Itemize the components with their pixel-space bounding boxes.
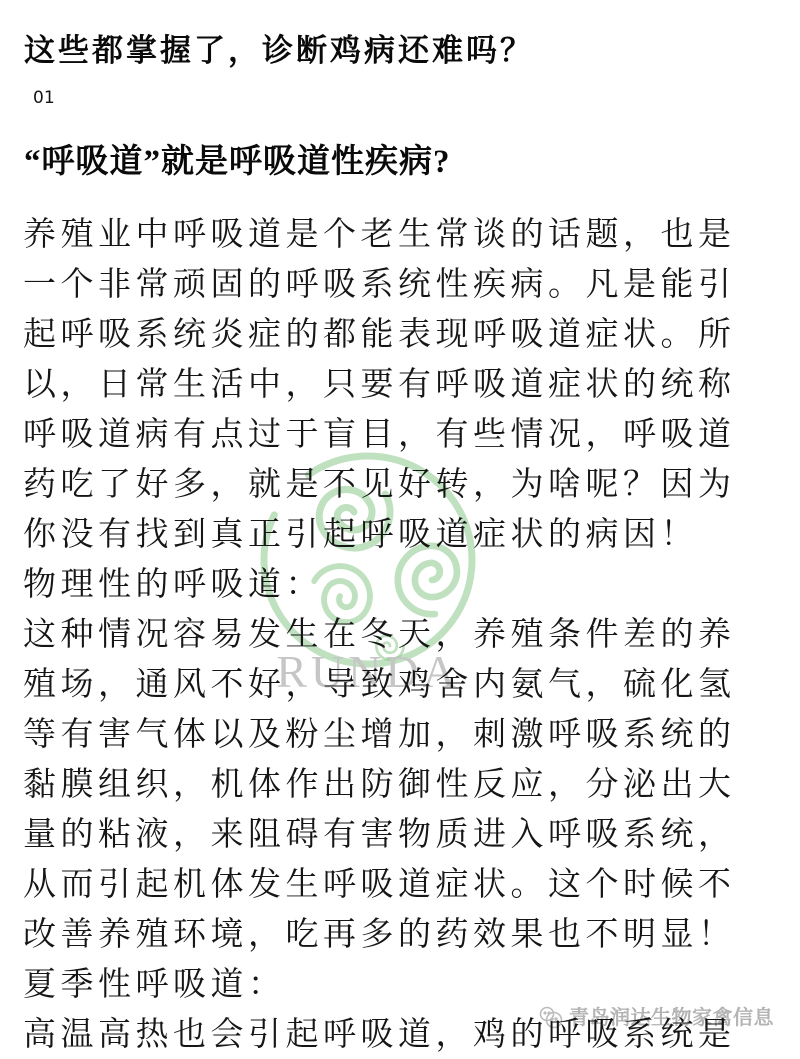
body-line: 药吃了好多，就是不见好转，为啥呢？因为 <box>23 460 779 510</box>
body-line: 高温高热也会引起呼吸道，鸡的呼吸系统是 <box>23 1010 779 1059</box>
body-line: 起呼吸系统炎症的都能表现呼吸道症状。所 <box>23 310 779 360</box>
body-line: 夏季性呼吸道： <box>23 960 779 1010</box>
body-line: 从而引起机体发生呼吸道症状。这个时候不 <box>23 860 779 910</box>
body-line: 养殖业中呼吸道是个老生常谈的话题，也是 <box>23 210 779 260</box>
section-number: 01 <box>33 88 55 108</box>
body-line: 这种情况容易发生在冬天，养殖条件差的养 <box>23 610 779 660</box>
body-line: 黏膜组织，机体作出防御性反应，分泌出大 <box>23 760 779 810</box>
section-heading: “呼吸道”就是呼吸道性疾病? <box>24 139 451 185</box>
body-line: 一个非常顽固的呼吸系统性疾病。凡是能引 <box>23 260 779 310</box>
body-line: 等有害气体以及粉尘增加，刺激呼吸系统的 <box>23 710 779 760</box>
article-body: 养殖业中呼吸道是个老生常谈的话题，也是 一个非常顽固的呼吸系统性疾病。凡是能引 … <box>23 210 779 1059</box>
body-line: 量的粘液，来阻碍有害物质进入呼吸系统， <box>23 810 779 860</box>
body-line: 以，日常生活中，只要有呼吸道症状的统称 <box>23 360 779 410</box>
body-line: 呼吸道病有点过于盲目，有些情况，呼吸道 <box>23 410 779 460</box>
body-line: 物理性的呼吸道： <box>23 560 779 610</box>
body-line: 改善养殖环境，吃再多的药效果也不明显！ <box>23 910 779 960</box>
article-page: 这些都掌握了，诊断鸡病还难吗？ 01 “呼吸道”就是呼吸道性疾病? RUNDA … <box>0 0 800 1059</box>
body-line: 你没有找到真正引起呼吸道症状的病因！ <box>23 510 779 560</box>
article-title: 这些都掌握了，诊断鸡病还难吗？ <box>24 31 534 71</box>
body-line: 殖场，通风不好，导致鸡舍内氨气，硫化氢 <box>23 660 779 710</box>
